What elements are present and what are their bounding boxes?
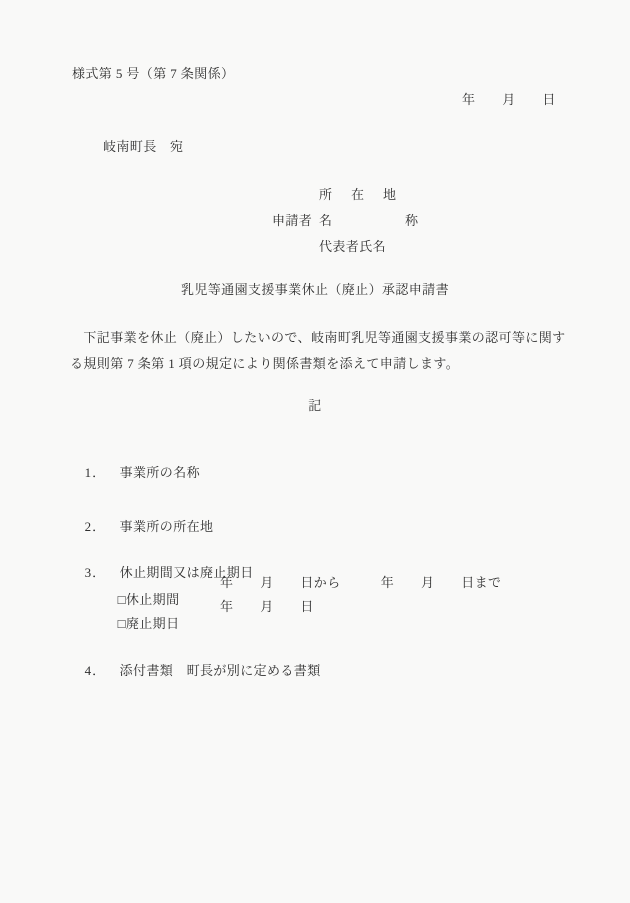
abolition-date-row: □廃止期日 [103,598,179,649]
applicant-name-label: 名称 [319,212,491,229]
abolition-checkbox[interactable]: □ [118,616,126,631]
form-number: 様式第 5 号（第 7 条関係） [72,65,234,82]
abolition-label: 廃止期日 [126,616,180,631]
document-title: 乳児等通園支援事業休止（廃止）承認申請書 [0,281,630,298]
body-line-1: 下記事業を休止（廃止）したいので、岐南町乳児等通園支援事業の認可等に関す [70,329,566,346]
addressee: 岐南町長 宛 [103,138,183,155]
body-line-2: る規則第 7 条第 1 項の規定により関係書類を添えて申請します。 [70,355,459,372]
suspension-date-blanks: 年 月 日から 年 月 日まで [220,574,501,591]
list-item-4: 4．添付書類 町長が別に定める書類 [70,645,321,696]
date-blank-line: 年 月 日 [462,91,556,108]
list-item-2: 2．事業所の所在地 [70,501,213,552]
abolition-date-blanks: 年 月 日 [220,598,314,615]
item-2-number: 2． [85,518,120,535]
item-1-text: 事業所の名称 [120,465,200,480]
list-item-1: 1．事業所の名称 [70,447,200,498]
applicant-label: 申請者 [272,212,312,229]
applicant-address-label: 所在地 [319,186,415,203]
item-2-text: 事業所の所在地 [120,519,214,534]
record-marker: 記 [0,397,630,414]
document-page: 様式第 5 号（第 7 条関係） 年 月 日 岐南町長 宛 所在地 申請者 名称… [0,0,630,903]
applicant-representative-label: 代表者氏名 [319,238,386,255]
item-4-text: 添付書類 町長が別に定める書類 [120,663,321,678]
item-4-number: 4． [85,662,120,679]
item-1-number: 1． [85,464,120,481]
